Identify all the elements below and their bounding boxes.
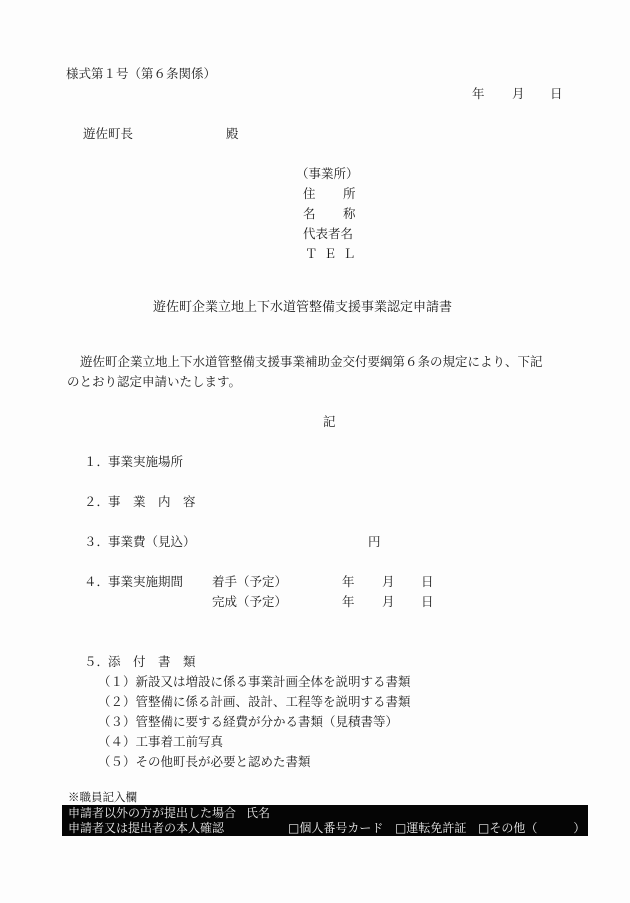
item-4-number: ４． — [84, 574, 109, 590]
item-1-label: 事業実施場所 — [108, 454, 183, 470]
item-5-label: 添 付 書 類 — [108, 654, 196, 670]
item-2-number: ２． — [84, 494, 109, 510]
document-title: 遊佐町企業立地上下水道管整備支援事業認定申請書 — [153, 300, 452, 316]
end-year-label: 年 — [342, 594, 355, 610]
start-day-label: 日 — [421, 574, 434, 590]
item-3-unit: 円 — [368, 534, 381, 550]
date-year-label: 年 — [472, 86, 485, 102]
checkbox-label: その他（ ） — [489, 821, 585, 835]
row1-name-field[interactable]: 氏名 — [246, 806, 270, 821]
tel-label-2: Ｅ — [324, 246, 337, 262]
date-month-label: 月 — [512, 86, 525, 102]
checkbox-label: 個人番号カード — [299, 821, 383, 835]
start-year-label: 年 — [342, 574, 355, 590]
row1-label: 申請者以外の方が提出した場合 — [68, 806, 236, 821]
attachment-item: （１）新設又は増設に係る事業計画全体を説明する書類 — [98, 674, 411, 690]
item-1-number: １． — [84, 454, 109, 470]
form-number: 様式第１号（第６条関係） — [66, 66, 216, 82]
end-month-label: 月 — [382, 594, 395, 610]
date-day-label: 日 — [550, 86, 563, 102]
end-label: 完成（予定） — [212, 594, 287, 610]
row2-label: 申請者又は提出者の本人確認 — [68, 821, 224, 836]
address-label-2: 所 — [343, 186, 356, 202]
honorific: 殿 — [226, 126, 239, 142]
item-3-number: ３． — [84, 534, 109, 550]
checkbox-icon[interactable]: □ — [395, 821, 406, 835]
item-3-label: 事業費（見込） — [108, 534, 196, 550]
name-label-2: 称 — [343, 206, 356, 222]
attachment-item: （４）工事着工前写真 — [98, 734, 223, 750]
tel-label-1: Ｔ — [305, 246, 318, 262]
start-month-label: 月 — [382, 574, 395, 590]
ki-label: 記 — [323, 414, 336, 430]
item-2-label: 事 業 内 容 — [108, 494, 196, 510]
item-4-label: 事業実施期間 — [108, 574, 183, 590]
body-line-1: 遊佐町企業立地上下水道管整備支援事業補助金交付要綱第６条の規定により、下記 — [80, 354, 543, 370]
name-label-1: 名 — [303, 206, 316, 222]
staff-entry-box: 申請者以外の方が提出した場合 氏名 申請者又は提出者の本人確認 □個人番号カード… — [62, 805, 588, 836]
office-label: （事業所） — [296, 166, 359, 182]
body-line-2: のとおり認定申請いたします。 — [67, 374, 241, 390]
checkbox-icon[interactable]: □ — [288, 821, 299, 835]
addressee: 遊佐町長 — [83, 126, 133, 142]
checkbox-icon[interactable]: □ — [478, 821, 489, 835]
checkbox-other[interactable]: □その他（ ） — [478, 821, 585, 836]
staff-section-heading: ※職員記入欄 — [68, 789, 137, 805]
attachment-item: （５）その他町長が必要と認めた書類 — [98, 754, 311, 770]
checkbox-my-number-card[interactable]: □個人番号カード — [288, 821, 383, 836]
attachment-item: （２）管整備に係る計画、設計、工程等を説明する書類 — [98, 694, 411, 710]
checkbox-label: 運転免許証 — [406, 821, 466, 835]
start-label: 着手（予定） — [212, 574, 287, 590]
address-label-1: 住 — [303, 186, 316, 202]
attachment-item: （３）管整備に要する経費が分かる書類（見積書等） — [98, 714, 398, 730]
item-5-number: ５． — [84, 654, 109, 670]
tel-label-3: Ｌ — [343, 246, 356, 262]
representative-label: 代表者名 — [303, 226, 353, 242]
end-day-label: 日 — [421, 594, 434, 610]
checkbox-drivers-license[interactable]: □運転免許証 — [395, 821, 466, 836]
